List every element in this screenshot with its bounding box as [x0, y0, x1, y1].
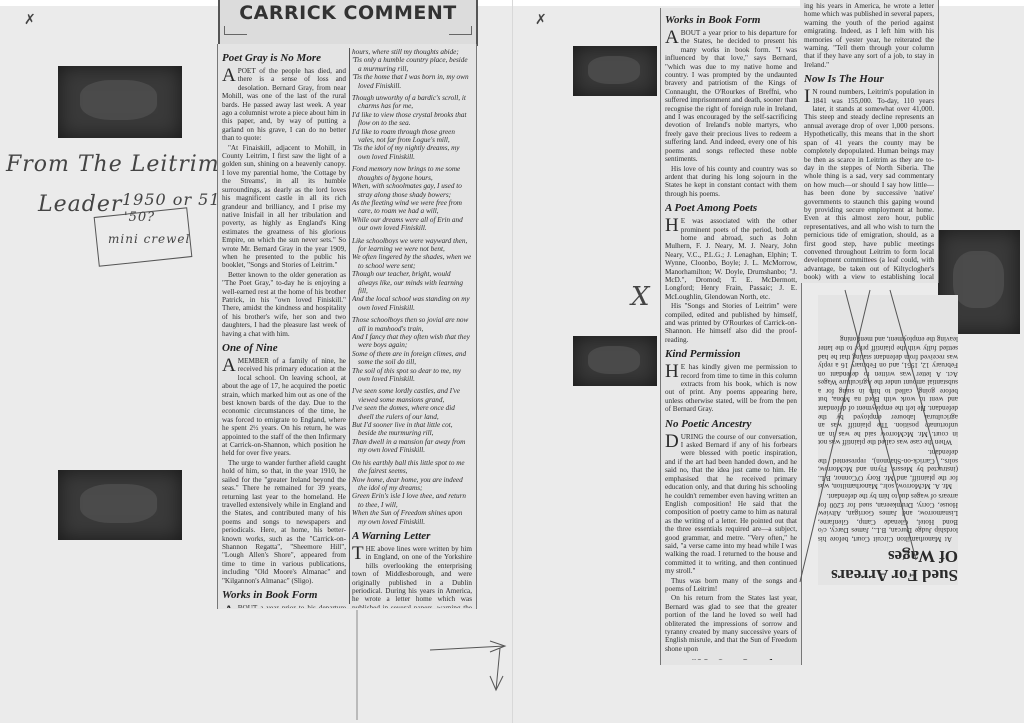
headline-poet-gray: Poet Gray is No More — [222, 52, 346, 65]
paragraph: His "Songs and Stories of Leitrim" were … — [665, 302, 797, 344]
headline-kind-permission: Kind Permission — [665, 348, 797, 361]
paragraph: His love of his county and country was s… — [665, 165, 797, 199]
masthead: CARRICK COMMENT — [218, 0, 478, 46]
paragraph: The urge to wander further afield caught… — [222, 459, 346, 585]
tape-strip-top — [58, 66, 182, 138]
handwritten-box-line1: '50? — [124, 210, 155, 225]
poem-stanza: hours, where still my thoughts abide;'Ti… — [352, 48, 472, 90]
paragraph: At Manorhamilton Circuit Court, before h… — [818, 491, 958, 543]
headline-no-poetic-ancestry: No Poetic Ancestry — [665, 418, 797, 431]
scan-corner-mark-icon: ✗ — [535, 12, 547, 28]
masthead-title: CARRICK COMMENT — [220, 2, 476, 24]
tape-strip-bottom — [58, 470, 182, 540]
paragraph: On his return from the States last year,… — [665, 594, 797, 653]
paragraph: E has kindly given me permission to reco… — [665, 363, 797, 413]
headline-my-own-loved-finiskill: "My Own Loved Finiskill" — [665, 657, 797, 660]
article-column-4: ing his years in America, he wrote a let… — [804, 2, 934, 282]
paragraph: MEMBER of a family of nine, he received … — [222, 357, 346, 457]
headline-poet-among-poets: A Poet Among Poets — [665, 202, 797, 215]
headline-warning-letter: A Warning Letter — [352, 530, 472, 543]
paragraph: "At Finaiskill, adjacent to Mohill, in C… — [222, 144, 346, 270]
paragraph: E was associated with the other prominen… — [665, 217, 797, 301]
paragraph: BOUT a year prior to his departure for t… — [222, 604, 346, 608]
headline-sued-for-arrears: Sued For Arrears Of Wages — [818, 547, 958, 585]
headline-works-in-book-form: Works in Book Form — [665, 14, 797, 27]
headline-now-is-the-hour: Now Is The Hour — [804, 73, 934, 86]
handwritten-source-note-line2: Leader — [38, 192, 122, 217]
paragraph: Mr. A. McMorrow, solr., Manorhamilton, w… — [818, 447, 958, 490]
margin-x-mark: X — [631, 282, 651, 312]
tape-strip-bottom — [573, 336, 657, 386]
handwritten-year: 1950 or 51 — [122, 190, 221, 209]
paragraph: URING the course of our conversation, I … — [665, 433, 797, 576]
poem-stanza: Though unworthy of a bardic's scroll, it… — [352, 94, 472, 161]
clipping-right-column-2: ing his years in America, he wrote a let… — [800, 0, 939, 283]
clipping-right-column-1: Works in Book Form ABOUT a year prior to… — [660, 8, 802, 665]
headline-one-of-nine: One of Nine — [222, 342, 346, 355]
clipping-sued-for-arrears-upside-down: Sued For Arrears Of Wages At Manorhamilt… — [818, 295, 958, 585]
article-column-3: Works in Book Form ABOUT a year prior to… — [665, 10, 797, 660]
paragraph: Better known to the older generation as … — [222, 271, 346, 338]
poem-stanza: Those schoolboys then so jovial are now … — [352, 316, 472, 383]
paragraph: ing his years in America, he wrote a let… — [804, 2, 934, 69]
scan-corner-mark-icon: ✗ — [24, 12, 36, 28]
paragraph: POET of the people has died, and there i… — [222, 67, 346, 142]
handwritten-source-note: From The Leitrim — [6, 152, 220, 177]
paragraph: N round numbers, Leitrim's population in… — [804, 88, 934, 282]
paragraph: Thus was born many of the songs and poem… — [665, 577, 797, 594]
paragraph: HE above lines were written by him in En… — [352, 545, 472, 608]
clipping-carrick-comment: Poet Gray is No More APOET of the people… — [217, 44, 477, 609]
poem-stanza: Fond memory now brings to me some though… — [352, 165, 472, 232]
poem-stanza: On his earthly ball this little spot to … — [352, 459, 472, 526]
paragraph: When the case was called the plaintiff w… — [818, 335, 958, 447]
poem-stanza: I've seen some lordly castles, and I've … — [352, 387, 472, 454]
article-column-2: hours, where still my thoughts abide;'Ti… — [352, 48, 472, 608]
paragraph: BOUT a year prior to his departure for t… — [665, 29, 797, 163]
handwritten-box-line2: mini crewel — [108, 232, 190, 246]
poem-stanza: Like schoolboys we were wayward then, fo… — [352, 237, 472, 313]
headline-works-in-book-form: Works in Book Form — [222, 589, 346, 602]
article-column-1: Poet Gray is No More APOET of the people… — [222, 48, 346, 608]
tape-strip-top — [573, 46, 657, 96]
